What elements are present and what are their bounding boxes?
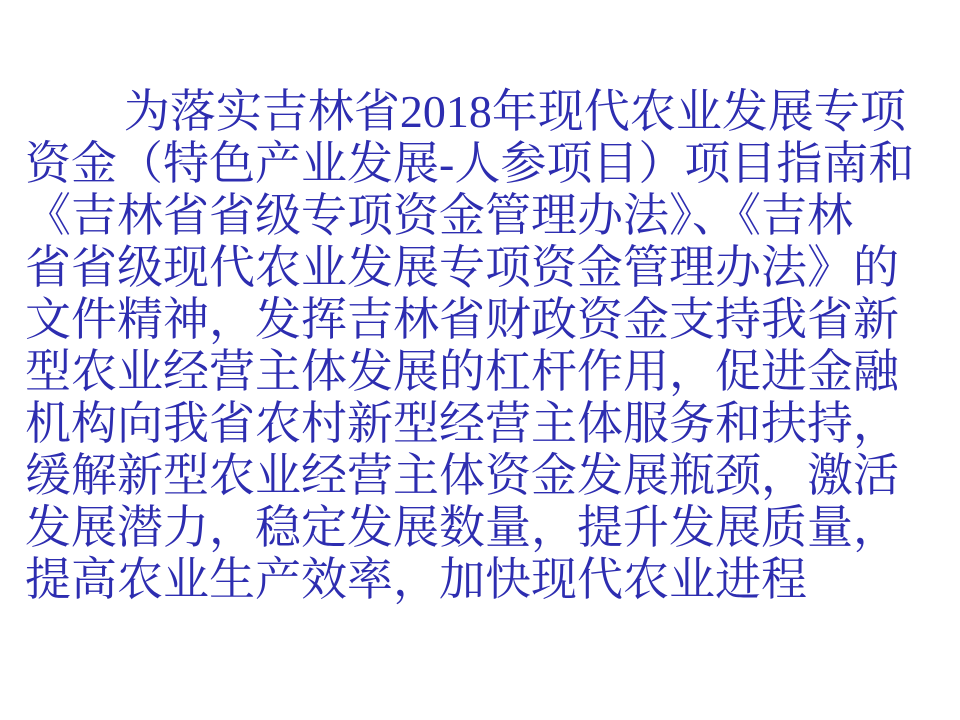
paragraph-line: 缓解新型农业经营主体资金发展瓶颈，激活 bbox=[25, 450, 937, 502]
paragraph-line: 资金（特色产业发展-人参项目）项目指南和 bbox=[25, 138, 937, 190]
paragraph-line: 机构向我省农村新型经营主体服务和扶持， bbox=[25, 398, 937, 450]
paragraph-line: 《吉林省省级专项资金管理办法》、《吉林 bbox=[25, 190, 937, 242]
paragraph-line: 为落实吉林省2018年现代农业发展专项 bbox=[25, 86, 937, 138]
paragraph-line: 提高农业生产效率，加快现代农业进程 bbox=[25, 554, 937, 606]
paragraph-line: 发展潜力，稳定发展数量，提升发展质量， bbox=[25, 502, 937, 554]
paragraph-line: 省省级现代农业发展专项资金管理办法》的 bbox=[25, 242, 937, 294]
paragraph-line: 型农业经营主体发展的杠杆作用，促进金融 bbox=[25, 346, 937, 398]
presentation-slide: 为落实吉林省2018年现代农业发展专项 资金（特色产业发展-人参项目）项目指南和… bbox=[0, 0, 960, 720]
paragraph-line: 文件精神，发挥吉林省财政资金支持我省新 bbox=[25, 294, 937, 346]
slide-body-text: 为落实吉林省2018年现代农业发展专项 资金（特色产业发展-人参项目）项目指南和… bbox=[25, 86, 937, 606]
